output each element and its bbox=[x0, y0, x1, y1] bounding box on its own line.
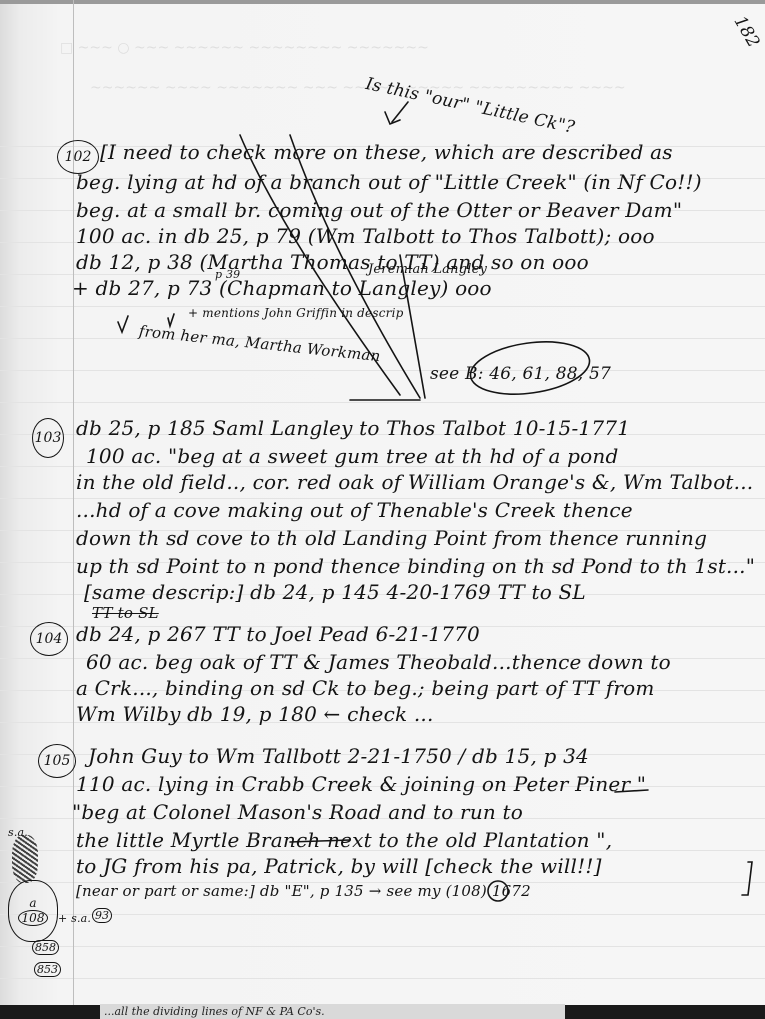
notebook-page: □ ~~~ ○ ~~~ ~~~~~~ ~~~~~~~~ ~~~~~~~ ~~~~… bbox=[0, 0, 765, 1005]
entry-number-104: 104 bbox=[30, 622, 68, 656]
entry-102-line-1: [I need to check more on these, which ar… bbox=[100, 140, 673, 164]
entry-102-line-5: db 12, p 38 (Martha Thomas to TT) and so… bbox=[76, 250, 589, 274]
entry-102-line-4: 100 ac. in db 25, p 79 (Wm Talbott to Th… bbox=[76, 224, 655, 248]
margin-ref-858: 858 bbox=[32, 940, 59, 955]
entry-105-line-6: [near or part or same:] db "E", p 135 → … bbox=[76, 882, 531, 900]
entry-103-line-2: 100 ac. "beg at a sweet gum tree at th h… bbox=[86, 444, 619, 468]
ruled-line bbox=[0, 946, 765, 947]
annotation-jeremiah-langley: Jeremiah Langley bbox=[368, 262, 487, 277]
ruled-line bbox=[0, 914, 765, 915]
annotation-p39: p 39 bbox=[215, 268, 240, 281]
entry-105-line-3: "beg at Colonel Mason's Road and to run … bbox=[72, 800, 523, 824]
entry-number-102: 102 bbox=[57, 140, 99, 174]
entry-105-line-2: 110 ac. lying in Crabb Creek & joining o… bbox=[76, 772, 646, 796]
entry-103-line-6: up th sd Point to n pond thence binding … bbox=[76, 554, 755, 578]
margin-circled-note: a 108 bbox=[8, 880, 58, 942]
entry-number-105: 105 bbox=[38, 744, 76, 778]
ruled-line bbox=[0, 402, 765, 403]
margin-ref-sa: + s.a. bbox=[58, 912, 91, 925]
entry-103-line-4: ...hd of a cove making out of Thenable's… bbox=[76, 498, 633, 522]
annotation-mentions-griffin: + mentions John Griffin in descrip bbox=[188, 306, 404, 320]
ruled-line bbox=[0, 978, 765, 979]
entry-103-line-7: [same descrip:] db 24, p 145 4-20-1769 T… bbox=[84, 580, 586, 604]
entry-104-line-4: Wm Wilby db 19, p 180 ← check ... bbox=[76, 702, 434, 726]
ruled-line bbox=[0, 370, 765, 371]
struck-text: TT to SL bbox=[92, 604, 159, 622]
entry-102-line-2: beg. lying at hd of a branch out of "Lit… bbox=[76, 170, 702, 194]
margin-ref-93: 93 bbox=[92, 908, 112, 923]
annotation-from-mother: from her ma, Martha Workman bbox=[138, 322, 381, 365]
entry-104-line-3: a Crk..., binding on sd Ck to beg.; bein… bbox=[76, 676, 655, 700]
entry-105-line-4: the little Myrtle Branch next to the old… bbox=[76, 828, 612, 852]
ruled-line bbox=[0, 338, 765, 339]
entry-102-line-6: + db 27, p 73 (Chapman to Langley) ooo bbox=[72, 276, 492, 300]
scribbled-out-note bbox=[12, 835, 38, 883]
bleed-through-text: ~~~~~~ ~~~~ ~~~~~~~ ~~~ ~~~~ ~~~~~~ ~~~~… bbox=[90, 80, 626, 96]
margin-circled-a: a bbox=[29, 896, 36, 910]
margin-ref-853: 853 bbox=[34, 962, 61, 977]
entry-104-line-1: db 24, p 267 TT to Joel Pead 6-21-1770 bbox=[76, 622, 480, 646]
see-reference: see B: 46, 61, 88, 57 bbox=[430, 364, 611, 384]
arrow-stroke bbox=[392, 102, 408, 122]
next-page-fragment: ...all the dividing lines of NF & PA Co'… bbox=[100, 1004, 565, 1019]
entry-105-line-5: to JG from his pa, Patrick, by will [che… bbox=[76, 854, 602, 878]
entry-103-line-3: in the old field.., cor. red oak of Will… bbox=[76, 470, 753, 494]
entry-104-line-2: 60 ac. beg oak of TT & James Theobald...… bbox=[86, 650, 671, 674]
bleed-through-text: □ ~~~ ○ ~~~ ~~~~~~ ~~~~~~~~ ~~~~~~~ bbox=[60, 40, 429, 56]
margin-circled-108: 108 bbox=[18, 910, 49, 926]
entry-102-line-3: beg. at a small br. coming out of the Ot… bbox=[76, 198, 682, 222]
page-number: 182 bbox=[730, 13, 764, 52]
entry-103-line-1: db 25, p 185 Saml Langley to Thos Talbot… bbox=[76, 416, 630, 440]
entry-105-line-1: John Guy to Wm Tallbott 2-21-1750 / db 1… bbox=[88, 744, 589, 768]
page-top-edge bbox=[0, 0, 765, 4]
entry-number-103: 103 bbox=[32, 418, 64, 458]
entry-103-line-5: down th sd cove to th old Landing Point … bbox=[76, 526, 707, 550]
